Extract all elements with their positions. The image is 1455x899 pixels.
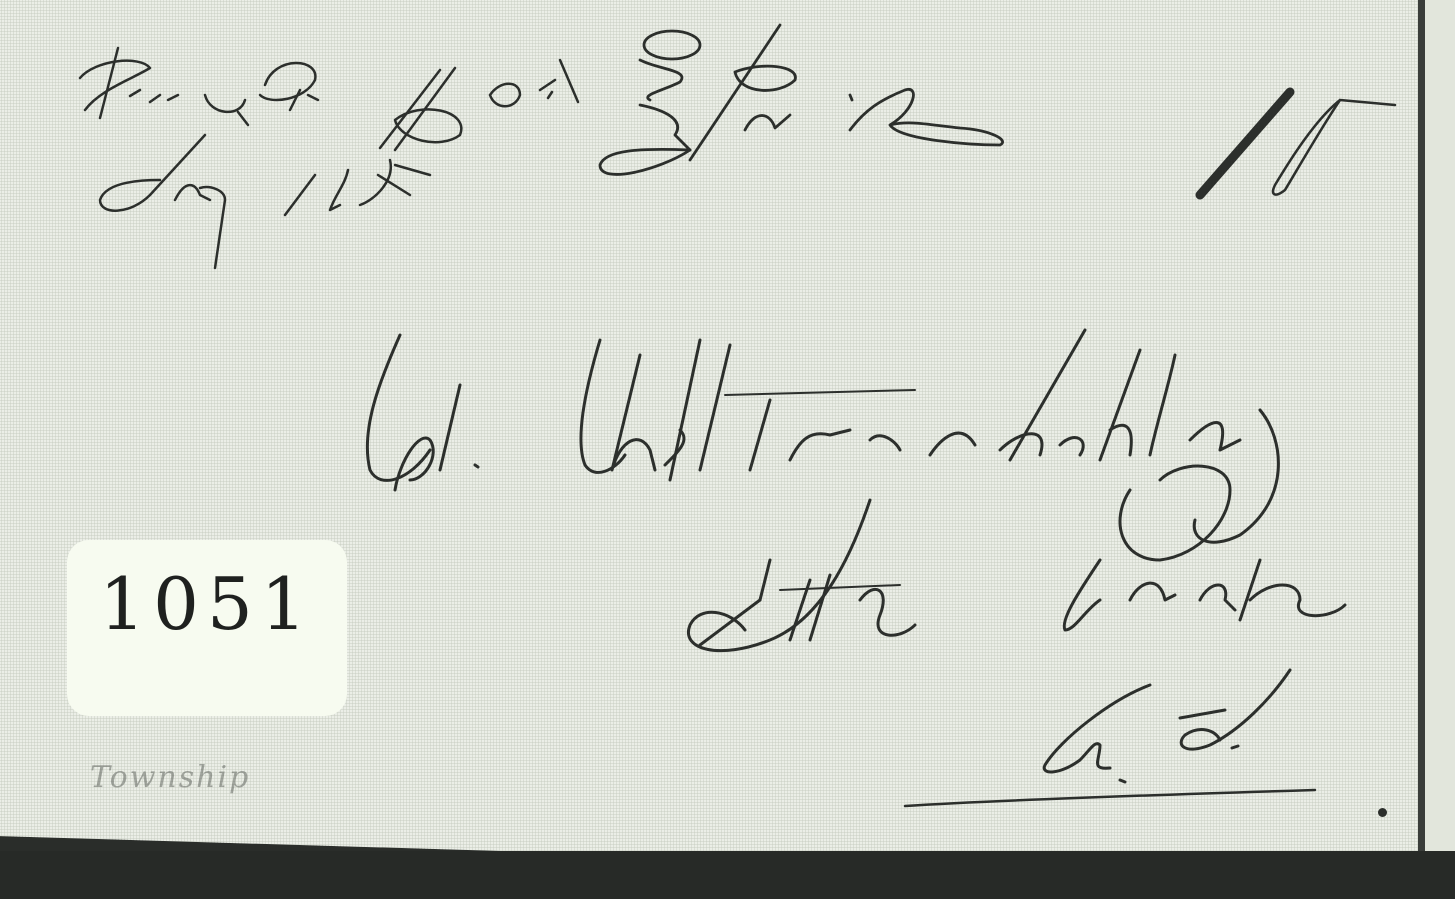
date-handwriting — [100, 135, 430, 268]
faint-docket-text: Township — [90, 760, 250, 795]
rate-handwriting — [1200, 92, 1395, 195]
lot-number-label: 1051 — [67, 540, 347, 716]
cover-scan: 1051 Township Pine Bluff A.T. Jany 18th … — [0, 0, 1455, 899]
lot-number: 1051 — [99, 568, 314, 640]
address-underline — [905, 790, 1315, 806]
origin-town-handwriting — [80, 48, 578, 150]
ink-dot — [1378, 808, 1387, 817]
territory-handwriting — [1044, 670, 1290, 782]
city-handwriting — [688, 466, 1345, 651]
addressee-name-handwriting — [367, 330, 1278, 542]
paid-handwriting — [600, 25, 1003, 174]
